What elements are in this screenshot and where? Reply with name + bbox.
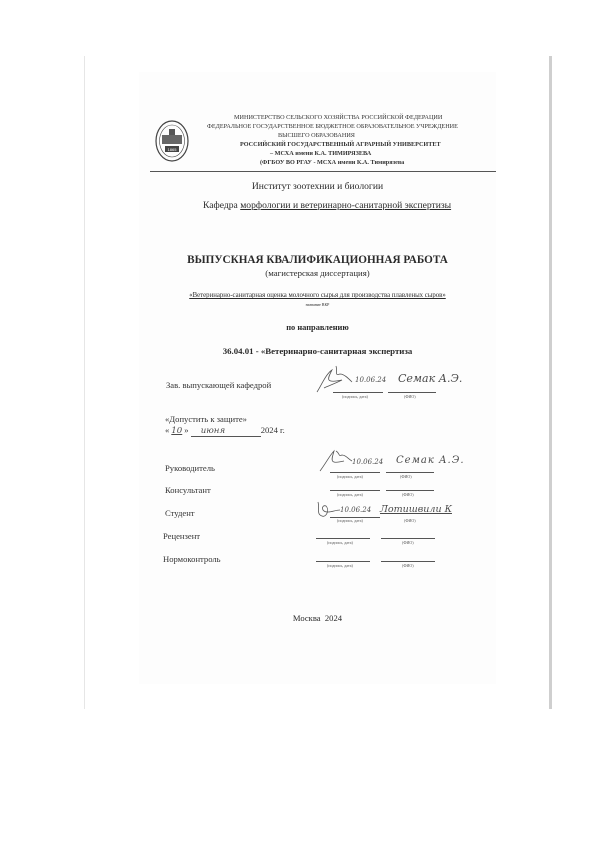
- admission-close-quote: »: [184, 425, 188, 435]
- student-date: 10.06.24: [340, 506, 371, 514]
- student-label: Студент: [165, 508, 195, 518]
- city-year: Москва 2024: [139, 613, 496, 623]
- work-title: ВЫПУСКНАЯ КВАЛИФИКАЦИОННАЯ РАБОТА: [139, 254, 496, 266]
- reviewer-signature-line: [316, 538, 370, 539]
- work-subtitle: (магистерская диссертация): [139, 268, 496, 278]
- supervisor-signature-icon: [318, 447, 354, 473]
- admission-date: «10» июня2024 г.: [165, 425, 285, 437]
- department-prefix: Кафедра: [203, 200, 240, 211]
- head-caption-sign: (подпись, дата): [342, 394, 368, 399]
- consultant-caption-sign: (подпись, дата): [337, 492, 363, 497]
- header-higher-education: ВЫСШЕГО ОБРАЗОВАНИЯ: [278, 132, 355, 140]
- supervisor-label: Руководитель: [165, 463, 215, 473]
- reviewer-caption-name: (ФИО): [402, 540, 414, 545]
- admission-label: «Допустить к защите»: [165, 414, 247, 424]
- supervisor-caption-sign: (подпись, дата): [337, 474, 363, 479]
- work-topic: «Ветеринарно-санитарная оценка молочного…: [139, 292, 496, 299]
- reviewer-label: Рецензент: [163, 531, 200, 541]
- reviewer-name-line: [381, 538, 435, 539]
- header-ministry: МИНИСТЕРСТВО СЕЛЬСКОГО ХОЗЯЙСТВА РОССИЙС…: [234, 114, 442, 122]
- page-border-right: [549, 56, 552, 709]
- supervisor-name: Семак А.Э.: [396, 455, 465, 466]
- header-university: РОССИЙСКИЙ ГОСУДАРСТВЕННЫЙ АГРАРНЫЙ УНИВ…: [240, 141, 441, 149]
- head-name: Семак А.Э.: [398, 372, 462, 385]
- header-msha: – МСХА имени К.А. ТИМИРЯЗЕВА: [270, 150, 371, 158]
- university-logo-icon: 1865: [154, 119, 190, 163]
- admission-month: июня: [191, 426, 261, 437]
- svg-text:1865: 1865: [168, 147, 178, 152]
- student-name: Лотишвили К: [380, 504, 452, 515]
- norm-control-label: Нормоконтроль: [163, 554, 221, 564]
- header-abbreviation: (ФГБОУ ВО РГАУ - МСХА имени К.А. Тимиряз…: [260, 159, 404, 167]
- consultant-name-line: [386, 490, 434, 491]
- supervisor-caption-name: (ФИО): [400, 474, 412, 479]
- admission-day: 10: [169, 426, 184, 436]
- norm-control-caption-name: (ФИО): [402, 563, 414, 568]
- page-border-left: [84, 56, 85, 709]
- head-caption-name: (ФИО): [404, 394, 416, 399]
- work-topic-caption: название ВКР: [139, 302, 496, 307]
- admission-year: 2024 г.: [261, 425, 285, 435]
- supervisor-name-line: [386, 472, 434, 473]
- norm-control-caption-sign: (подпись, дата): [327, 563, 353, 568]
- head-signature-line: [333, 392, 383, 393]
- header-institution-type: ФЕДЕРАЛЬНОЕ ГОСУДАРСТВЕННОЕ БЮДЖЕТНОЕ ОБ…: [207, 123, 458, 131]
- head-signature-icon: [314, 364, 356, 394]
- student-caption-sign: (подпись, дата): [337, 518, 363, 523]
- head-of-department-label: Зав. выпускающей кафедрой: [166, 380, 271, 390]
- reviewer-caption-sign: (подпись, дата): [327, 540, 353, 545]
- consultant-caption-name: (ФИО): [402, 492, 414, 497]
- norm-control-signature-line: [316, 561, 370, 562]
- direction-label: по направлению: [139, 323, 496, 332]
- supervisor-date: 10.06.24: [352, 458, 383, 466]
- consultant-signature-line: [330, 490, 380, 491]
- supervisor-signature-line: [330, 472, 380, 473]
- department-name: морфологии и ветеринарно-санитарной эксп…: [240, 200, 451, 211]
- department-line: Кафедра морфологии и ветеринарно-санитар…: [203, 200, 451, 211]
- norm-control-name-line: [381, 561, 435, 562]
- student-caption-name: (ФИО): [404, 518, 416, 523]
- head-signature-date: 10.06.24: [355, 376, 386, 384]
- institute-name: Институт зоотехнии и биологии: [139, 181, 496, 192]
- head-name-line: [388, 392, 436, 393]
- direction-code: 36.04.01 - «Ветеринарно-санитарная экспе…: [139, 346, 496, 356]
- consultant-label: Консультант: [165, 485, 211, 495]
- header-divider: [150, 171, 496, 172]
